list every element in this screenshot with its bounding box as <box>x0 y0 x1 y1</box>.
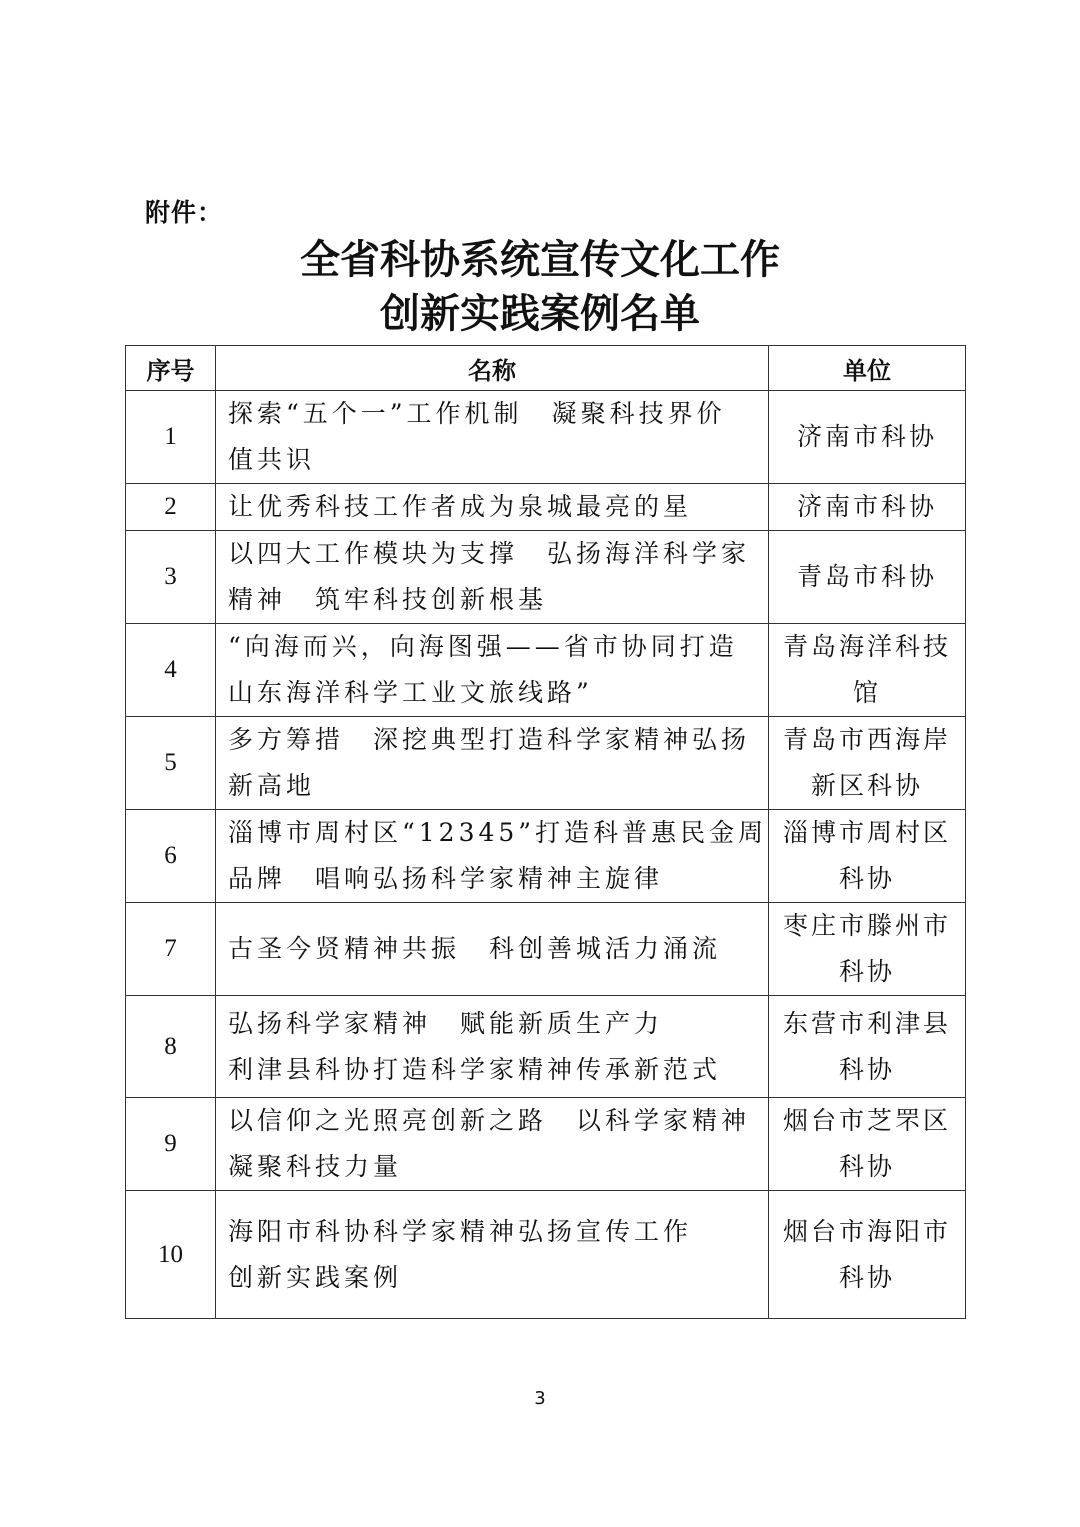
case-name-line: 以四大工作模块为支撑 弘扬海洋科学家 <box>228 531 760 577</box>
row-unit: 枣庄市滕州市科协 <box>769 903 966 996</box>
case-name-line: 海阳市科协科学家精神弘扬宣传工作 <box>228 1209 760 1255</box>
table-header-row: 序号 名称 单位 <box>126 346 966 391</box>
row-unit: 烟台市芝罘区科协 <box>769 1098 966 1191</box>
row-case-name: 以信仰之光照亮创新之路 以科学家精神凝聚科技力量 <box>216 1098 769 1191</box>
document-title-line-1: 全省科协系统宣传文化工作 <box>0 232 1080 288</box>
document-title-line-2: 创新实践案例名单 <box>0 286 1080 342</box>
header-serial-number: 序号 <box>126 346 216 391</box>
row-serial-number: 4 <box>126 624 216 717</box>
attachment-label: 附件： <box>145 193 223 229</box>
case-name-line: 多方筹措 深挖典型打造科学家精神弘扬 <box>228 717 760 763</box>
unit-line: 青岛海洋科技 <box>777 624 957 670</box>
case-name-line: 让优秀科技工作者成为泉城最亮的星 <box>228 484 760 530</box>
row-case-name: 探索“五个一”工作机制 凝聚科技界价值共识 <box>216 391 769 484</box>
row-serial-number: 10 <box>126 1191 216 1319</box>
unit-line: 馆 <box>777 670 957 716</box>
row-serial-number: 8 <box>126 996 216 1098</box>
unit-line: 青岛市科协 <box>777 554 957 600</box>
case-name-line: 新高地 <box>228 763 760 809</box>
row-unit: 烟台市海阳市科协 <box>769 1191 966 1319</box>
row-serial-number: 6 <box>126 810 216 903</box>
case-name-line: 利津县科协打造科学家精神传承新范式 <box>228 1047 760 1093</box>
unit-line: 新区科协 <box>777 763 957 809</box>
case-name-line: 探索“五个一”工作机制 凝聚科技界价 <box>228 391 760 437</box>
row-case-name: 以四大工作模块为支撑 弘扬海洋科学家精神 筑牢科技创新根基 <box>216 531 769 624</box>
unit-line: 烟台市海阳市 <box>777 1209 957 1255</box>
header-unit: 单位 <box>769 346 966 391</box>
case-name-line: 品牌 唱响弘扬科学家精神主旋律 <box>228 856 760 902</box>
table-row: 6淄博市周村区“12345”打造科普惠民金周品牌 唱响弘扬科学家精神主旋律淄博市… <box>126 810 966 903</box>
case-name-line: “向海而兴，向海图强——省市协同打造 <box>228 624 760 670</box>
case-name-line: 山东海洋科学工业文旅线路” <box>228 670 760 716</box>
case-name-line: 值共识 <box>228 437 760 483</box>
row-serial-number: 3 <box>126 531 216 624</box>
table-row: 5多方筹措 深挖典型打造科学家精神弘扬新高地青岛市西海岸新区科协 <box>126 717 966 810</box>
unit-line: 枣庄市滕州市 <box>777 903 957 949</box>
row-case-name: 弘扬科学家精神 赋能新质生产力利津县科协打造科学家精神传承新范式 <box>216 996 769 1098</box>
table-row: 8弘扬科学家精神 赋能新质生产力利津县科协打造科学家精神传承新范式东营市利津县科… <box>126 996 966 1098</box>
row-unit: 济南市科协 <box>769 484 966 531</box>
header-name: 名称 <box>216 346 769 391</box>
table-row: 10海阳市科协科学家精神弘扬宣传工作创新实践案例烟台市海阳市科协 <box>126 1191 966 1319</box>
case-name-line: 弘扬科学家精神 赋能新质生产力 <box>228 1001 760 1047</box>
row-unit: 淄博市周村区科协 <box>769 810 966 903</box>
table-row: 9以信仰之光照亮创新之路 以科学家精神凝聚科技力量烟台市芝罘区科协 <box>126 1098 966 1191</box>
table-row: 4“向海而兴，向海图强——省市协同打造山东海洋科学工业文旅线路”青岛海洋科技馆 <box>126 624 966 717</box>
row-serial-number: 2 <box>126 484 216 531</box>
row-unit: 青岛市科协 <box>769 531 966 624</box>
case-name-line: 精神 筑牢科技创新根基 <box>228 577 760 623</box>
row-case-name: 多方筹措 深挖典型打造科学家精神弘扬新高地 <box>216 717 769 810</box>
row-case-name: 让优秀科技工作者成为泉城最亮的星 <box>216 484 769 531</box>
case-name-line: 凝聚科技力量 <box>228 1144 760 1190</box>
row-case-name: 淄博市周村区“12345”打造科普惠民金周品牌 唱响弘扬科学家精神主旋律 <box>216 810 769 903</box>
page-number: 3 <box>0 1388 1080 1409</box>
unit-line: 科协 <box>777 1144 957 1190</box>
row-serial-number: 1 <box>126 391 216 484</box>
unit-line: 济南市科协 <box>777 414 957 460</box>
table-row: 2让优秀科技工作者成为泉城最亮的星济南市科协 <box>126 484 966 531</box>
row-unit: 青岛海洋科技馆 <box>769 624 966 717</box>
row-unit: 济南市科协 <box>769 391 966 484</box>
unit-line: 烟台市芝罘区 <box>777 1098 957 1144</box>
row-unit: 青岛市西海岸新区科协 <box>769 717 966 810</box>
unit-line: 科协 <box>777 856 957 902</box>
unit-line: 青岛市西海岸 <box>777 717 957 763</box>
row-serial-number: 7 <box>126 903 216 996</box>
table-row: 3以四大工作模块为支撑 弘扬海洋科学家精神 筑牢科技创新根基青岛市科协 <box>126 531 966 624</box>
row-unit: 东营市利津县科协 <box>769 996 966 1098</box>
case-name-line: 淄博市周村区“12345”打造科普惠民金周 <box>228 810 760 856</box>
unit-line: 科协 <box>777 1255 957 1301</box>
table-row: 1探索“五个一”工作机制 凝聚科技界价值共识济南市科协 <box>126 391 966 484</box>
table-row: 7古圣今贤精神共振 科创善城活力涌流枣庄市滕州市科协 <box>126 903 966 996</box>
unit-line: 东营市利津县 <box>777 1001 957 1047</box>
row-case-name: 海阳市科协科学家精神弘扬宣传工作创新实践案例 <box>216 1191 769 1319</box>
unit-line: 济南市科协 <box>777 484 957 530</box>
unit-line: 科协 <box>777 1047 957 1093</box>
row-serial-number: 5 <box>126 717 216 810</box>
case-list-table: 序号 名称 单位 1探索“五个一”工作机制 凝聚科技界价值共识济南市科协2让优秀… <box>125 345 966 1319</box>
case-name-line: 古圣今贤精神共振 科创善城活力涌流 <box>228 926 760 972</box>
case-name-line: 以信仰之光照亮创新之路 以科学家精神 <box>228 1098 760 1144</box>
unit-line: 淄博市周村区 <box>777 810 957 856</box>
case-name-line: 创新实践案例 <box>228 1255 760 1301</box>
row-serial-number: 9 <box>126 1098 216 1191</box>
row-case-name: “向海而兴，向海图强——省市协同打造山东海洋科学工业文旅线路” <box>216 624 769 717</box>
row-case-name: 古圣今贤精神共振 科创善城活力涌流 <box>216 903 769 996</box>
unit-line: 科协 <box>777 949 957 995</box>
